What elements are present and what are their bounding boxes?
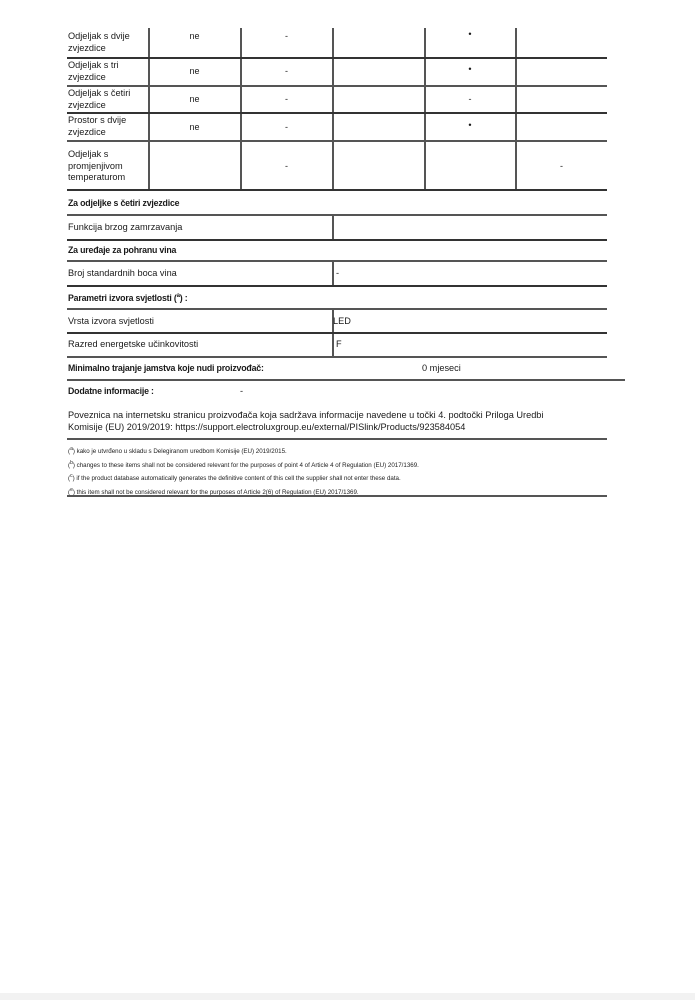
compartment-value: - [425,94,515,104]
compartment-value: - [516,161,607,171]
compartment-value: • [425,64,515,74]
compartment-value: • [425,120,515,130]
compartment-value: ne [149,94,240,104]
divider [67,214,607,216]
footnote: (c) if the product database automaticall… [68,471,608,485]
link-text-line[interactable]: Komisije (EU) 2019/2019: https://support… [68,422,608,434]
table-divider [148,28,150,190]
table-divider [67,112,607,114]
compartment-label: Odjeljak s dvije zvjezdice [68,31,146,54]
row-value: F [336,339,342,351]
manufacturer-link-text: Poveznica na internetsku stranicu proizv… [68,410,608,433]
document-page: Odjeljak s dvije zvjezdice ne - • Odjelj… [0,0,695,993]
divider [67,239,607,241]
compartment-value: ne [149,122,240,132]
section-heading-wine: Za uređaje za pohranu vina [68,245,176,255]
table-divider [67,57,607,59]
compartment-value: • [425,29,515,39]
divider [332,261,334,285]
row-label: Funkcija brzog zamrzavanja [68,222,182,234]
divider [67,332,607,334]
footnotes: (a) kako je utvrđeno u skladu s Delegira… [68,444,608,498]
row-label: Razred energetske učinkovitosti [68,339,198,351]
link-text-line: Poveznica na internetsku stranicu proizv… [68,410,608,422]
footnote: (a) kako je utvrđeno u skladu s Delegira… [68,444,608,458]
table-divider [332,28,334,190]
footnote-text: ) changes to these items shall not be co… [73,462,419,469]
compartment-label: Prostor s dvije zvjezdice [68,115,146,138]
divider [67,495,607,497]
compartment-value: - [241,31,332,41]
table-divider [67,85,607,87]
divider [67,379,625,381]
compartment-value: - [241,122,332,132]
warranty-value: 0 mjeseci [422,363,461,375]
footnote: (b) changes to these items shall not be … [68,458,608,472]
table-divider [67,189,607,191]
footnote-text: ) if the product database automatically … [73,475,401,482]
table-divider [67,140,607,142]
compartment-label: Odjeljak s četiri zvjezdice [68,88,146,111]
compartment-label: Odjeljak s promjenjivom temperaturom [68,149,146,184]
heading-text: ) : [180,293,188,303]
compartment-value: - [241,161,332,171]
heading-text: Parametri izvora svjetlosti ( [68,293,177,303]
viewer-bottom-strip [0,993,695,1000]
compartment-value: - [241,66,332,76]
compartment-value: - [241,94,332,104]
divider [332,215,334,239]
additional-info-label: Dodatne informacije : [68,386,154,396]
compartment-label: Odjeljak s tri zvjezdice [68,60,146,83]
row-value: LED [333,316,351,328]
divider [67,356,607,358]
section-heading-four-star: Za odjeljke s četiri zvjezdice [68,198,179,208]
divider [67,438,607,440]
section-heading-light: Parametri izvora svjetlosti (a) : [68,293,187,303]
footnote-text: ) kako je utvrđeno u skladu s Delegirano… [73,448,287,455]
additional-info-value: - [240,386,243,398]
divider [67,260,607,262]
divider [67,308,607,310]
divider [67,285,607,287]
row-value: - [336,268,339,280]
row-label: Broj standardnih boca vina [68,268,177,280]
row-label: Vrsta izvora svjetlosti [68,316,154,328]
compartment-value: ne [149,66,240,76]
warranty-label: Minimalno trajanje jamstva koje nudi pro… [68,363,264,373]
table-divider [424,28,426,190]
compartment-value: ne [149,31,240,41]
